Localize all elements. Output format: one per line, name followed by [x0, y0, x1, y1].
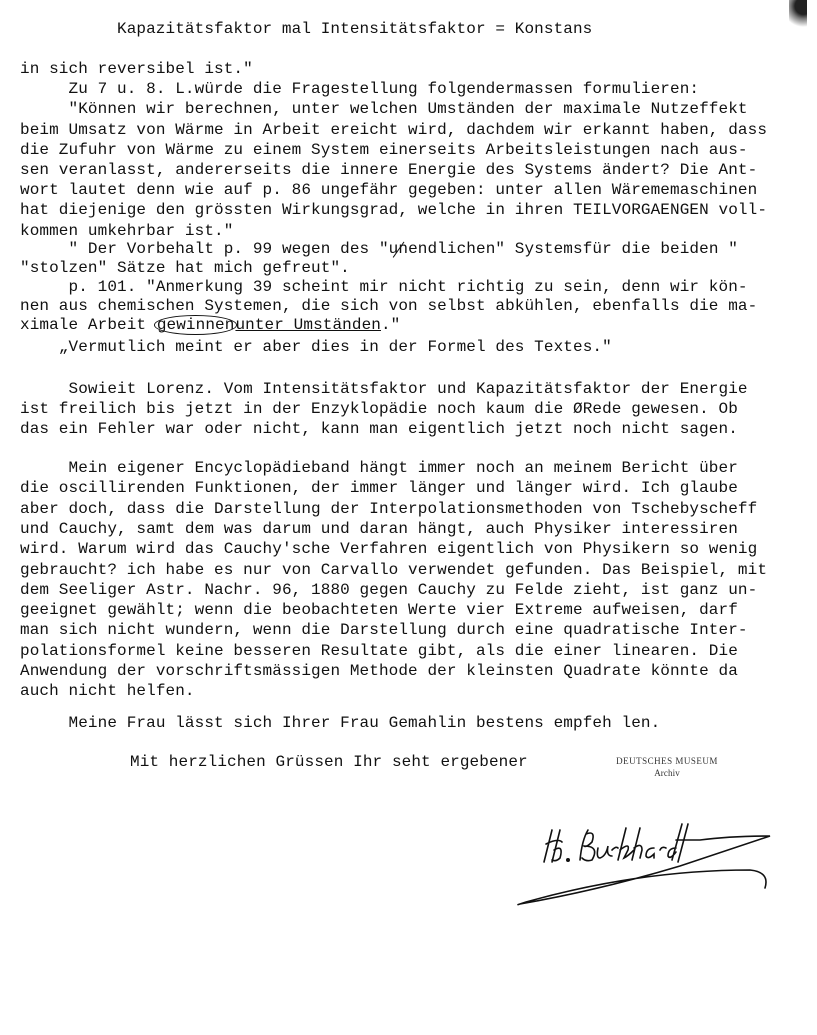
line-nen: nen aus chemischen Systemen, die sich vo…: [20, 297, 757, 316]
text-line: die Zufuhr von Wärme zu einem System ein…: [20, 141, 748, 160]
text-line: auch nicht helfen.: [20, 682, 195, 701]
text-line: Sowieit Lorenz. Vom Intensitätsfaktor un…: [20, 380, 748, 399]
struck-text: un: [389, 240, 408, 258]
text-line: Anwendung der vorschriftsmässigen Method…: [20, 662, 738, 681]
text-line: aber doch, dass die Darstellung der Inte…: [20, 500, 757, 519]
letter-page: Kapazitätsfaktor mal Intensitätsfaktor =…: [0, 0, 817, 1035]
line-ximale: ximale Arbeit gewinnenunter Umständen.": [20, 316, 400, 335]
line-p101: p. 101. "Anmerkung 39 scheint mir nicht …: [20, 278, 748, 297]
text-line: polationsformel keine besseren Resultate…: [20, 642, 738, 661]
text-line: Mein eigener Encyclopädieband hängt imme…: [20, 459, 738, 478]
text-line: hat diejenige den grössten Wirkungsgrad,…: [20, 201, 767, 220]
text-line: Zu 7 u. 8. L.würde die Fragestellung fol…: [20, 80, 699, 99]
closing-line: Mit herzlichen Grüssen Ihr seht ergebene…: [130, 753, 528, 772]
line-stolzen: "stolzen" Sätze hat mich gefreut".: [20, 259, 350, 278]
circled-word: gewinnen: [154, 315, 238, 335]
text-line: in sich reversibel ist.": [20, 60, 253, 79]
text-line: die oscillirenden Funktionen, der immer …: [20, 479, 738, 498]
text-line: wird. Warum wird das Cauchy'sche Verfahr…: [20, 540, 757, 559]
line-vermutlich: „Vermutlich meint er aber dies in der Fo…: [20, 338, 612, 357]
text-line: ist freilich bis jetzt in der Enzyklopäd…: [20, 400, 738, 419]
text-line: geeignet gewählt; wenn die beobachteten …: [20, 601, 738, 620]
text-line: wort lautet denn wie auf p. 86 ungefähr …: [20, 181, 757, 200]
text-line: gebraucht? ich habe es nur von Carvallo …: [20, 561, 767, 580]
scan-corner-artifact: [789, 0, 807, 30]
signature: H. Burkhardt: [500, 800, 800, 910]
regards-line: Meine Frau lässt sich Ihrer Frau Gemahli…: [20, 714, 660, 733]
text-line: man sich nicht wundern, wenn die Darstel…: [20, 621, 748, 640]
text-line: sen veranlasst, andererseits die innere …: [20, 161, 757, 180]
archive-stamp: DEUTSCHES MUSEUM Archiv: [612, 755, 722, 779]
underlined-phrase: unter Umständen: [235, 316, 381, 334]
line-vorbehalt: " Der Vorbehalt p. 99 wegen des "unendli…: [20, 240, 738, 259]
page-header: Kapazitätsfaktor mal Intensitätsfaktor =…: [117, 20, 592, 39]
text-line: beim Umsatz von Wärme in Arbeit ereicht …: [20, 121, 767, 140]
text-line: dem Seeliger Astr. Nachr. 96, 1880 gegen…: [20, 581, 757, 600]
text-line: kommen umkehrbar ist.": [20, 222, 233, 241]
text-line: und Cauchy, samt dem was darum und daran…: [20, 520, 738, 539]
text-line: das ein Fehler war oder nicht, kann man …: [20, 420, 738, 439]
text-line: "Können wir berechnen, unter welchen Ums…: [20, 100, 748, 119]
